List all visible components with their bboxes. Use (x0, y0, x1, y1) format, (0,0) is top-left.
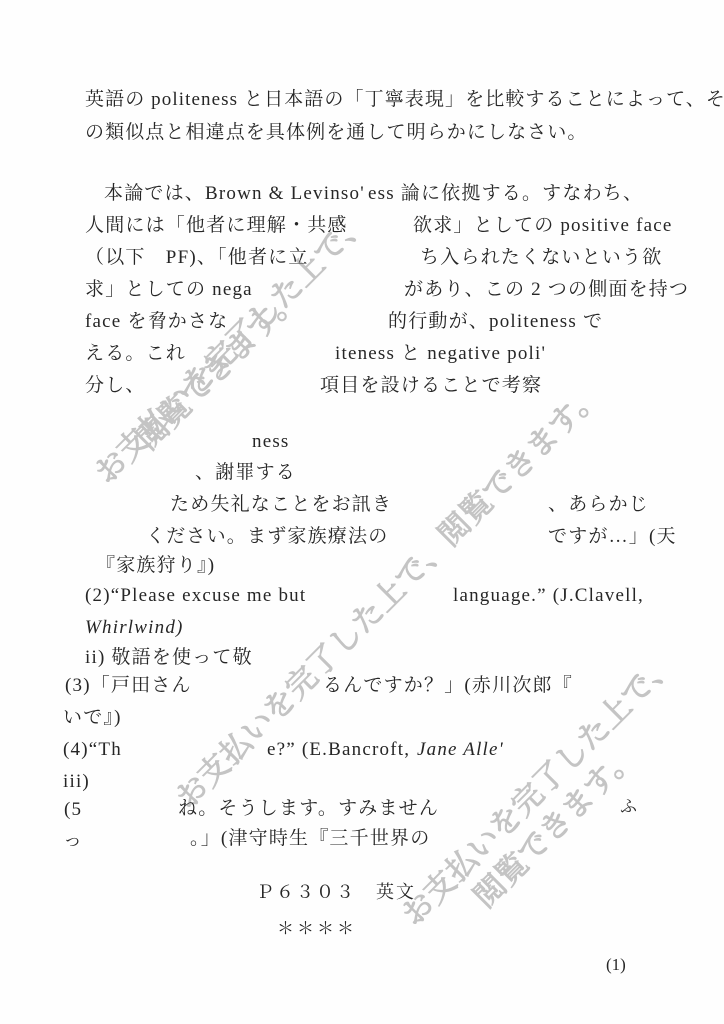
heading-line-1: 英語の politeness と日本語の「丁寧表現」を比較することによって、そ (85, 90, 724, 109)
text-fragment: language.” (J.Clavell, (453, 586, 644, 605)
text-fragment: いで』) (63, 708, 122, 727)
text-fragment: ふ (620, 798, 638, 815)
text-fragment: 人間には「他者に理解・共感 (85, 216, 348, 235)
text-fragment: ね。そうします。すみません (178, 799, 439, 818)
text-fragment: 『家族狩り』) (96, 556, 215, 575)
text-fragment: 求」としての nega (85, 280, 253, 299)
document-page: お支払いを完了した上で、閲覧できます。お支払いを完了した上で、閲覧できます。お支… (0, 0, 724, 1024)
text-fragment: Whirlwind) (85, 618, 184, 637)
text-fragment: 、あらかじ (548, 495, 649, 514)
text-fragment: (5 (64, 800, 82, 819)
text-fragment: ess 論に依拠する。すなわち、 (368, 184, 643, 203)
text-fragment: iteness と negative poli' (335, 344, 546, 363)
text-layer: 英語の politeness と日本語の「丁寧表現」を比較することによって、そ … (0, 0, 724, 1024)
text-fragment: (3)「戸田さん (65, 676, 192, 695)
text-fragment: 。」(津守時生『三千世界の (190, 829, 430, 848)
text-fragment: 項目を設けることで考察 (320, 376, 542, 395)
text-fragment: 本論では、Brown & Levinso' (104, 184, 365, 203)
text-fragment: ですが…」(天 (548, 527, 677, 546)
footer-exam-code: Ｐ６３０３ 英文 (256, 878, 416, 904)
text-fragment: (4)“Th (63, 740, 122, 759)
text-fragment: える。これ (85, 344, 186, 363)
text-fragment: （以下 PF)、「他者に立 (85, 248, 309, 267)
text-fragment: るんですか？」(赤川次郎『 (323, 676, 573, 695)
text-fragment: e?” (E.Bancroft, (267, 740, 410, 759)
text-fragment: 欲求」としての positive face (413, 216, 673, 235)
text-fragment: Jane Alle' (417, 740, 504, 759)
text-fragment: iii) (63, 772, 90, 791)
text-fragment: 、謝罪する (195, 463, 296, 482)
text-fragment: ness (252, 432, 290, 451)
text-fragment: っ (63, 831, 83, 850)
text-fragment: face を脅かさな (85, 312, 228, 331)
text-fragment: (2)“Please excuse me but (85, 586, 306, 605)
page-number: (1) (606, 955, 626, 975)
text-fragment: ください。まず家族療法の (146, 527, 388, 546)
text-fragment: ち入られたくないという欲 (420, 248, 662, 267)
text-fragment: 分し、 (85, 376, 146, 395)
text-fragment: ため失礼なことをお訊き (170, 495, 392, 514)
heading-line-2: の類似点と相違点を具体例を通して明らかにしなさい。 (85, 123, 588, 142)
text-fragment: 的行動が、politeness で (388, 312, 603, 331)
text-fragment: があり、この 2 つの側面を持つ (404, 280, 689, 299)
text-fragment: ii) 敬語を使って敬 (85, 648, 253, 667)
footer-asterisks: ＊＊＊＊ (277, 914, 357, 939)
